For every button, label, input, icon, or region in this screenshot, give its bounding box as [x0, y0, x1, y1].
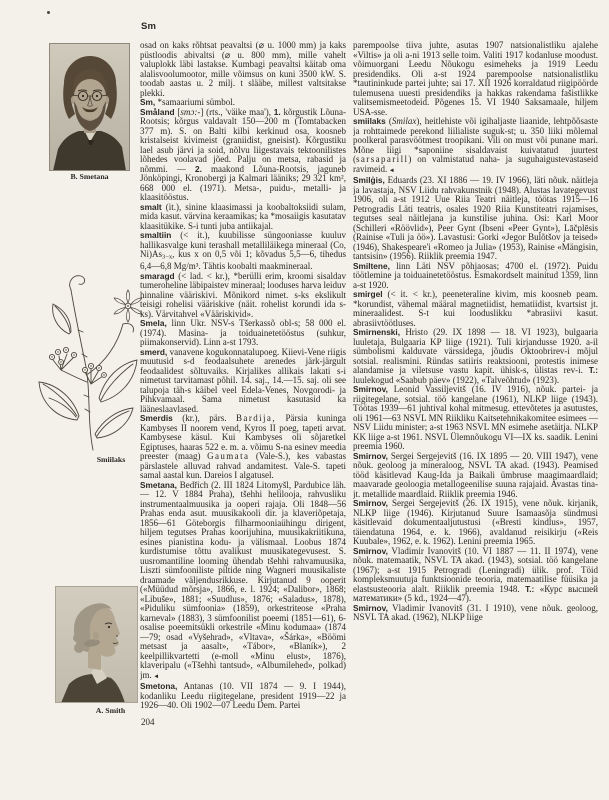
entry-text: 3−x: [162, 254, 172, 261]
headword: Smerdis: [140, 413, 173, 423]
entry-text: (< it. < kr.), peeneteraline kivim, mis …: [353, 289, 598, 328]
entry-text: ◄: [387, 168, 394, 174]
headword: Smetana,: [140, 480, 177, 490]
headword: Smetona,: [140, 681, 177, 691]
entry-text: *samaariumi sümbol.: [155, 97, 235, 107]
headword: T.:: [525, 584, 534, 594]
text-column-left: osad on kaks rõhtsat peavaltsi (⌀ u. 100…: [140, 41, 346, 733]
entry-text: Sergei Sergejevitš (26. IX 1915), vene n…: [353, 498, 598, 546]
headword: smaragd: [140, 271, 175, 281]
encyclopedia-page: Sm: [0, 0, 609, 800]
smith-caption: A. Smith: [55, 706, 138, 715]
entry-text: Eduards (23. XI 1886 — 19. IV 1966), lät…: [353, 175, 598, 261]
headword: Smirnov,: [353, 603, 388, 613]
entry-text: Leonid Vassiljevitš (16. IV 1916), nõuk.…: [353, 384, 598, 451]
headword: Smirnenski,: [353, 327, 400, 337]
smetana-caption: B. Smetana: [49, 172, 130, 181]
headword: smalt: [140, 202, 162, 212]
headword: 2.: [195, 164, 202, 174]
headword: 1.: [274, 107, 281, 117]
entry-text: Vladimir Ivanovitš (31. I 1910), vene nõ…: [353, 603, 598, 623]
entry-smela: Smela, linn Ukr. NSV-s Tšerkassõ obl-s; …: [140, 319, 346, 348]
entry-text: Bedřich (2. III 1824 Litomyšl, Pardubice…: [140, 480, 346, 680]
headword: Smirnov,: [353, 384, 388, 394]
headword: T.:: [589, 365, 598, 375]
headword: Smela,: [140, 318, 167, 328]
entry-smaragd: smaragd (< lad. < kr.), *berülli erim, k…: [140, 272, 346, 320]
entry-text: (it.), sinine klaasimassi ja koobaltoksi…: [140, 202, 346, 231]
smiilaks-drawing: [33, 262, 149, 454]
entry-smerd: smerd, vanavene kogukonnatalupoeg. Kiiev…: [140, 348, 346, 415]
entry-smirnov-vladimir-matemaatik: Smirnov, Vladimir Ivanovitš (10. VI 1887…: [353, 547, 598, 604]
headword: Smilģis,: [353, 175, 385, 185]
entry-text: sarsaparill: [356, 154, 408, 164]
entry-smetana: Smetana, Bedřich (2. III 1824 Litomyšl, …: [140, 481, 346, 683]
entry-text: Gaumata: [207, 451, 249, 461]
entry-smirnov-sergei-kirjanik: Smirnov, Sergei Sergejevitš (26. IX 1915…: [353, 499, 598, 547]
entry-smirnov-sergei-geoloog: Smirnov, Sergei Sergejevitš (16. IX 1895…: [353, 452, 598, 500]
entry-smalt: smalt (it.), sinine klaasimassi ja kooba…: [140, 203, 346, 232]
entry-smaland: Småland [smɔ:-] (rts., 'väike maa'), 1. …: [140, 108, 346, 203]
headword: Smiltene,: [353, 261, 390, 271]
headword: Småland: [140, 107, 175, 117]
entry-text: smɔ:-: [180, 107, 200, 117]
entry-smirnov-vladimir-geoloog: Smirnov, Vladimir Ivanovitš (31. I 1910)…: [353, 604, 598, 623]
entry-smetona: Smetona, Antanas (10. VII 1874 — 9. I 19…: [140, 682, 346, 711]
entry-text: ◄: [152, 674, 159, 680]
entry-smetona-continuation: parempoolse tiiva juhte, asutas 1907 nat…: [353, 41, 598, 117]
headword: smerd,: [140, 347, 167, 357]
headword: Smirnov,: [353, 498, 388, 508]
entry-text: ] (rts., 'väike maa'),: [200, 107, 273, 117]
entry-text: Smilax: [392, 116, 417, 126]
headword: smaltiin: [140, 230, 171, 240]
entry-smirnov-leonid: Smirnov, Leonid Vassiljevitš (16. IV 191…: [353, 385, 598, 452]
entry-text: Sergei Sergejevitš (16. IX 1895 — 20. VI…: [353, 451, 598, 499]
smith-portrait-photo: [55, 586, 138, 703]
headword: smiilaks: [353, 116, 386, 126]
entry-text: linn Läti NSV põhjaosas; 4700 el. (1972)…: [353, 261, 598, 290]
headword: smirgel: [353, 289, 383, 299]
smiilaks-caption: Smiilaks: [33, 455, 149, 464]
entry-text: Bardija,: [236, 413, 276, 423]
entry-smirgel: smirgel (< it. < kr.), peeneteraline kiv…: [353, 290, 598, 328]
smith-portrait-image: [55, 586, 138, 703]
entry-smilgis: Smilģis, Eduards (23. XI 1886 — 19. IV 1…: [353, 176, 598, 262]
smetana-portrait-image: [49, 43, 130, 171]
running-head: Sm: [141, 21, 156, 32]
entry-smaltiin: smaltiin (< it.), kuubilisse süngooniass…: [140, 231, 346, 272]
entry-text: (kr.), pärs.: [173, 413, 236, 423]
headword: Smirnov,: [353, 546, 388, 556]
text-column-right: parempoolse tiiva juhte, asutas 1907 nat…: [353, 41, 598, 745]
entry-smiltene: Smiltene, linn Läti NSV põhjaosas; 4700 …: [353, 262, 598, 291]
smetana-portrait-photo: [49, 43, 130, 171]
headword: Smirnov,: [353, 451, 388, 461]
entry-slabbing-continuation: osad on kaks rõhtsat peavaltsi (⌀ u. 100…: [140, 41, 346, 98]
entry-text: luulekogud «Saabub päev» (1922), «Talveõ…: [353, 375, 559, 385]
entry-text: vanavene kogukonnatalupoeg. Kiievi-Vene …: [140, 347, 346, 414]
print-artifact-dot: [47, 11, 50, 14]
page-number: 204: [141, 717, 155, 727]
entry-text: osad on kaks rõhtsat peavaltsi (⌀ u. 100…: [140, 41, 346, 98]
entry-text: parempoolse tiiva juhte, asutas 1907 nat…: [353, 41, 598, 117]
entry-smiilaks: smiilaks (Smilax), heitlehiste või igiha…: [353, 117, 598, 176]
entry-smirnenski: Smirnenski, Hristo (29. IX 1898 — 18. VI…: [353, 328, 598, 385]
entry-text: linn Ukr. NSV-s Tšerkassõ obl-s; 58 000 …: [140, 318, 346, 347]
entry-smerdis: Smerdis (kr.), pärs. Bardija, Pärsia kun…: [140, 414, 346, 481]
smiilaks-figure: [33, 262, 149, 454]
headword: Sm,: [140, 97, 155, 107]
